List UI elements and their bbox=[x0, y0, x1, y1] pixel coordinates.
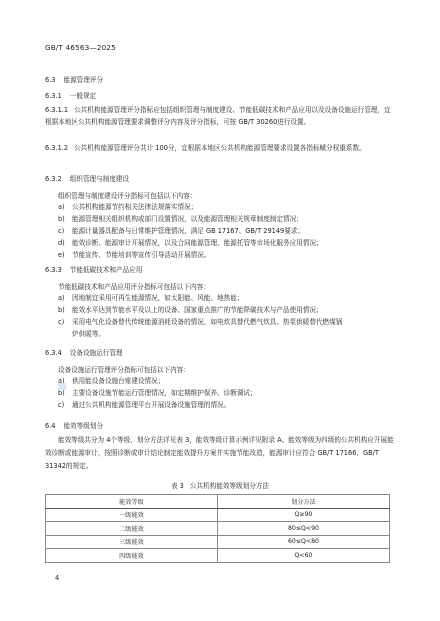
section-6-3-2-heading: 6.3.2组织管理与制度建设 bbox=[45, 173, 129, 183]
section-number: 6.3.1 bbox=[45, 92, 62, 100]
clause-6-3-1-1: 6.3.1.1公共机构能源管理评分指标应包括组织管理与制度建设、节能低碳技术和产… bbox=[45, 104, 397, 129]
table-row: 一级能效 Q≥90 bbox=[46, 508, 390, 522]
section-6-4-body: 能效等级共分为 4个等级，划分方法详见表 3，能效等级计算示例详见附录 A。能效… bbox=[45, 434, 397, 473]
list-item: b)主要设备设施节能运行管理情况，如定期维护保养、诊断调试； bbox=[58, 387, 398, 399]
grade-cell: 二级能效 bbox=[46, 522, 218, 536]
section-title: 能效等级划分 bbox=[64, 422, 104, 430]
list-lead: 节能低碳技术和产品应用评分指标可包括以下内容： bbox=[58, 281, 210, 291]
grade-cell: 四级能效 bbox=[46, 549, 218, 563]
section-6-3-3-heading: 6.3.3节能低碳技术和产品应用 bbox=[45, 264, 142, 274]
page-number: 4 bbox=[55, 574, 59, 582]
section-title: 能源管理评分 bbox=[64, 76, 104, 84]
section-6-3-1-heading: 6.3.1一般规定 bbox=[45, 90, 96, 100]
grade-cell: 三级能效 bbox=[46, 535, 218, 549]
list-lead: 组织管理与制度建设评分指标可包括以下内容： bbox=[58, 190, 196, 200]
list-lead: 设备设施运行管理评分指标可包括以下内容： bbox=[58, 364, 190, 374]
document-page: GB/T 46563—2025 6.3能源管理评分 6.3.1一般规定 6.3.… bbox=[0, 0, 440, 621]
column-header: 能效等级 bbox=[46, 495, 218, 509]
section-number: 6.3 bbox=[45, 76, 56, 84]
list-item: c)能源计量器具配备与日常维护管理情况，满足 GB 17167、GB/T 291… bbox=[58, 225, 398, 237]
clause-text: 公共机构能源管理评分指标应包括组织管理与制度建设、节能低碳技术和产品应用以及设备… bbox=[45, 106, 391, 126]
method-cell: Q<60 bbox=[218, 549, 390, 563]
method-cell: 80≤Q<90 bbox=[218, 522, 390, 536]
clause-6-3-1-2: 6.3.1.2公共机构能源管理评分共计 100分，宜根据本地区公共机构能源管理要… bbox=[45, 142, 397, 154]
standard-code-header: GB/T 46563—2025 bbox=[45, 43, 116, 52]
list-item: c)通过公共机构能源管理平台开展设备设施管理的情况。 bbox=[58, 399, 398, 411]
clause-text: 公共机构能源管理评分共计 100分，宜根据本地区公共机构能源管理要求设置各指标赋… bbox=[74, 144, 366, 152]
clause-number: 6.3.1.1 bbox=[45, 106, 68, 114]
list-item: b)能源管理相关组织机构或部门设置情况，以及能源管理相关规章制度制定情况； bbox=[58, 213, 398, 225]
list-item: b)能效水平达到节能水平及以上的设备、国家重点推广的节能降碳技术与产品使用情况； bbox=[58, 304, 398, 316]
section-title: 一般规定 bbox=[70, 92, 96, 100]
grade-cell: 一级能效 bbox=[46, 508, 218, 522]
list-item: a)因地制宜采用可再生能源情况，如太阳能、风能、地热能； bbox=[58, 292, 398, 304]
section-number: 6.3.2 bbox=[45, 175, 62, 183]
table-header-row: 能效等级 划分方法 bbox=[46, 495, 390, 509]
table-row: 三级能效 60≤Q<80 bbox=[46, 535, 390, 549]
list-item: c)采用电气化设备替代传统能源消耗设备的情况，如电炊具替代燃气炊具、热泵供暖替代… bbox=[58, 316, 398, 341]
section-number: 6.3.4 bbox=[45, 349, 62, 357]
table-row: 二级能效 80≤Q<90 bbox=[46, 522, 390, 536]
section-number: 6.4 bbox=[45, 422, 56, 430]
method-cell: Q≥90 bbox=[218, 508, 390, 522]
list-item: d)能效诊断、能源审计开展情况，以及合同能源管理、能源托管等市场化服务应用情况； bbox=[58, 237, 398, 249]
section-6-3-4-heading: 6.3.4设备设施运行管理 bbox=[45, 347, 123, 357]
clause-number: 6.3.1.2 bbox=[45, 144, 68, 152]
energy-efficiency-grade-table: 能效等级 划分方法 一级能效 Q≥90 二级能效 80≤Q<90 三级能效 60… bbox=[45, 494, 390, 563]
section-title: 组织管理与制度建设 bbox=[70, 175, 129, 183]
section-title: 节能低碳技术和产品应用 bbox=[70, 266, 143, 274]
list-item: e)节能宣传、节能培训等宣传引导活动开展情况。 bbox=[58, 249, 398, 261]
section-6-4-heading: 6.4能效等级划分 bbox=[45, 420, 103, 430]
section-6-3-heading: 6.3能源管理评分 bbox=[45, 74, 103, 84]
section-title: 设备设施运行管理 bbox=[70, 349, 123, 357]
text-cursor-highlight bbox=[58, 383, 66, 390]
table-caption: 表 3公共机构能效等级划分方法 bbox=[0, 480, 440, 490]
section-number: 6.3.3 bbox=[45, 266, 62, 274]
method-cell: 60≤Q<80 bbox=[218, 535, 390, 549]
list-item: a)公共机构能源节约相关法律法规落实情况； bbox=[58, 201, 398, 213]
list-item: a)供用能设备设施台账建设情况； bbox=[58, 375, 398, 387]
table-row: 四级能效 Q<60 bbox=[46, 549, 390, 563]
column-header: 划分方法 bbox=[218, 495, 390, 509]
